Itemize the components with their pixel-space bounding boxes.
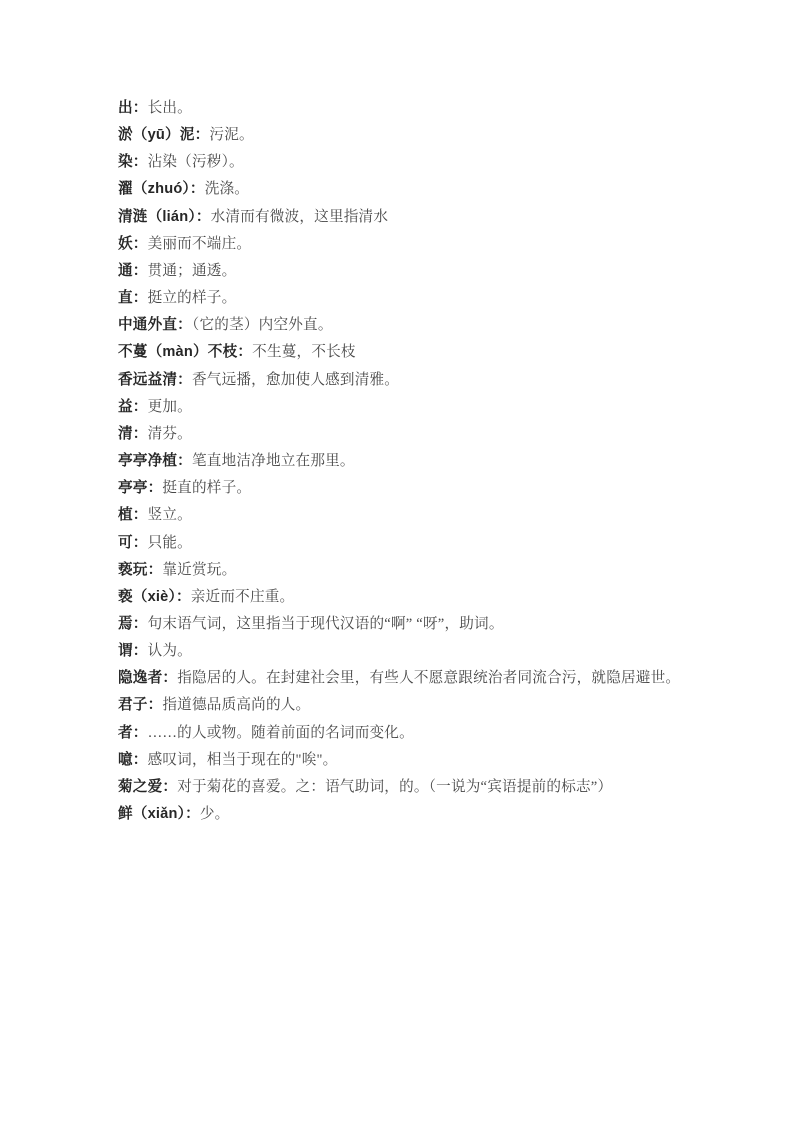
glossary-term: 亵（xiè）： (118, 589, 191, 605)
glossary-line: 鲜（xiǎn）：少。 (118, 801, 733, 828)
glossary-definition: 香气远播，愈加使人感到清雅。 (192, 372, 399, 388)
glossary-term: 亵玩： (118, 562, 162, 578)
glossary-term: 清： (118, 426, 148, 442)
glossary-term: 谓： (118, 643, 148, 659)
glossary-definition: 更加。 (148, 399, 192, 415)
glossary-line: 香远益清：香气远播，愈加使人感到清雅。 (118, 367, 733, 394)
glossary-term: 焉： (118, 616, 148, 632)
glossary-definition: 挺立的样子。 (148, 290, 237, 306)
glossary-definition: 水清而有微波，这里指清水 (211, 209, 389, 225)
glossary-definition: 不生蔓，不长枝 (252, 344, 356, 360)
glossary-line: 亭亭：挺直的样子。 (118, 475, 733, 502)
glossary-term: 亭亭净植： (118, 453, 192, 469)
glossary-definition: 洗涤。 (205, 181, 249, 197)
glossary-definition: 对于菊花的喜爱。之：语气助词，的。（一说为“宾语提前的标志”） (177, 779, 612, 795)
glossary-line: 可：只能。 (118, 530, 733, 557)
glossary-line: 清：清芬。 (118, 421, 733, 448)
glossary-term: 噫： (118, 752, 148, 768)
glossary-term: 妖： (118, 236, 148, 252)
glossary-term: 隐逸者： (118, 670, 177, 686)
document-page: 出：长出。 淤（yū）泥：污泥。 染：沾染（污秽）。 濯（zhuó）：洗涤。 清… (0, 0, 793, 1122)
glossary-list: 出：长出。 淤（yū）泥：污泥。 染：沾染（污秽）。 濯（zhuó）：洗涤。 清… (0, 0, 793, 828)
glossary-line: 亭亭净植：笔直地洁净地立在那里。 (118, 448, 733, 475)
glossary-line: 不蔓（màn）不枝：不生蔓，不长枝 (118, 339, 733, 366)
glossary-term: 直： (118, 290, 148, 306)
glossary-term: 清涟（lián）： (118, 209, 211, 225)
glossary-definition: 句末语气词，这里指当于现代汉语的“啊” “呀”，助词。 (148, 616, 504, 632)
glossary-line: 者：……的人或物。随着前面的名词而变化。 (118, 720, 733, 747)
glossary-line: 染：沾染（污秽）。 (118, 149, 733, 176)
glossary-line: 淤（yū）泥：污泥。 (118, 122, 733, 149)
glossary-line: 亵（xiè）：亲近而不庄重。 (118, 584, 733, 611)
glossary-definition: 污泥。 (209, 127, 253, 143)
glossary-term: 君子： (118, 697, 162, 713)
glossary-line: 出：长出。 (118, 95, 733, 122)
glossary-line: 隐逸者：指隐居的人。在封建社会里，有些人不愿意跟统治者同流合污，就隐居避世。 (118, 665, 733, 692)
glossary-line: 亵玩：靠近赏玩。 (118, 557, 733, 584)
glossary-definition: 竖立。 (148, 507, 192, 523)
glossary-definition: （它的茎）内空外直。 (192, 317, 333, 333)
glossary-line: 谓：认为。 (118, 638, 733, 665)
glossary-term: 植： (118, 507, 148, 523)
glossary-definition: 沾染（污秽）。 (148, 154, 244, 170)
glossary-line: 君子：指道德品质高尚的人。 (118, 692, 733, 719)
glossary-definition: 清芬。 (148, 426, 192, 442)
glossary-term: 濯（zhuó）： (118, 181, 205, 197)
glossary-term: 出： (118, 100, 148, 116)
glossary-term: 中通外直： (118, 317, 192, 333)
glossary-definition: 感叹词，相当于现在的"唉"。 (148, 752, 338, 768)
glossary-term: 通： (118, 263, 148, 279)
glossary-definition: 认为。 (148, 643, 192, 659)
glossary-definition: 美丽而不端庄。 (148, 236, 252, 252)
glossary-term: 淤（yū）泥： (118, 127, 209, 143)
glossary-line: 焉：句末语气词，这里指当于现代汉语的“啊” “呀”，助词。 (118, 611, 733, 638)
glossary-definition: 靠近赏玩。 (162, 562, 236, 578)
glossary-definition: 少。 (200, 806, 230, 822)
glossary-line: 益：更加。 (118, 394, 733, 421)
glossary-term: 可： (118, 535, 148, 551)
glossary-line: 噫：感叹词，相当于现在的"唉"。 (118, 747, 733, 774)
glossary-term: 者： (118, 725, 148, 741)
glossary-definition: 只能。 (148, 535, 192, 551)
glossary-definition: 亲近而不庄重。 (191, 589, 295, 605)
glossary-line: 清涟（lián）：水清而有微波，这里指清水 (118, 204, 733, 231)
glossary-term: 香远益清： (118, 372, 192, 388)
glossary-term: 亭亭： (118, 480, 162, 496)
glossary-line: 通：贯通；通透。 (118, 258, 733, 285)
glossary-definition: 挺直的样子。 (162, 480, 251, 496)
glossary-term: 染： (118, 154, 148, 170)
glossary-term: 菊之爱： (118, 779, 177, 795)
glossary-term: 不蔓（màn）不枝： (118, 344, 252, 360)
glossary-line: 直：挺立的样子。 (118, 285, 733, 312)
glossary-line: 濯（zhuó）：洗涤。 (118, 176, 733, 203)
glossary-definition: ……的人或物。随着前面的名词而变化。 (148, 725, 414, 741)
glossary-line: 植：竖立。 (118, 502, 733, 529)
glossary-term: 鲜（xiǎn）： (118, 806, 200, 822)
glossary-definition: 贯通；通透。 (148, 263, 237, 279)
glossary-definition: 指隐居的人。在封建社会里，有些人不愿意跟统治者同流合污，就隐居避世。 (177, 670, 680, 686)
glossary-term: 益： (118, 399, 148, 415)
glossary-line: 妖：美丽而不端庄。 (118, 231, 733, 258)
glossary-definition: 指道德品质高尚的人。 (162, 697, 310, 713)
glossary-definition: 笔直地洁净地立在那里。 (192, 453, 355, 469)
glossary-line: 中通外直：（它的茎）内空外直。 (118, 312, 733, 339)
glossary-definition: 长出。 (148, 100, 192, 116)
glossary-line: 菊之爱：对于菊花的喜爱。之：语气助词，的。（一说为“宾语提前的标志”） (118, 774, 733, 801)
